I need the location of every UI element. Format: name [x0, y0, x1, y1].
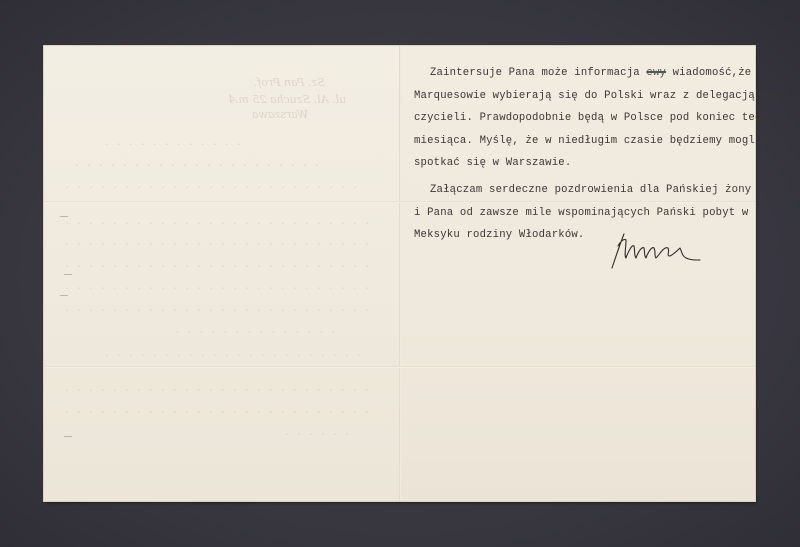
text-segment: Zaintersuje Pana może informacja [430, 67, 646, 79]
letter-line-6: Załączam serdeczne pozdrowienia dla Pańs… [414, 179, 754, 202]
letter-line-3: czycieli. Prawdopodobnie będą w Polsce p… [414, 107, 754, 130]
ghost-line: . . . . . . . . . . . . . . . . . . . . … [64, 406, 370, 417]
ghost-address-line-3: Warszawa [252, 108, 308, 121]
ghost-line: . . . . . . . . . . . . . . . . . . . . … [74, 159, 320, 170]
vertical-fold [399, 46, 401, 501]
margin-dash [64, 436, 72, 437]
ghost-address-line-1: Sz. Pan Prof. [254, 76, 325, 89]
letter-line-2: Marquesowie wybierają się do Polski wraz… [414, 85, 754, 108]
ghost-line: . . . . . . . . . . . . . . [174, 326, 336, 337]
letter-line-5: spotkać się w Warszawie. [414, 152, 754, 175]
ghost-line: . . . . . . . . . . . . . . . . . . . . … [64, 282, 370, 293]
ghost-address-line-2: ul. Al. Szucha 25 m.4 [228, 93, 346, 106]
ghost-line: . . . . . . [284, 428, 350, 439]
ghost-line: . . . . . . . . . . . . . . . . . . . . … [64, 238, 370, 249]
struck-word: ewy [646, 67, 666, 79]
margin-dash [60, 295, 68, 296]
ghost-line: . . . . . . . . . . . . . . . . . . . . … [64, 384, 370, 395]
letter-line-1: Zaintersuje Pana może informacja ewy wia… [414, 62, 754, 85]
ghost-line: . . . . . . . . . . . . . . . . . . . . … [64, 260, 370, 271]
letter-body: Zaintersuje Pana może informacja ewy wia… [414, 62, 754, 247]
ghost-line: . . . . . . . . . . . . . . . . . . . . … [64, 181, 358, 192]
left-page: Sz. Pan Prof. ul. Al. Szucha 25 m.4 Wars… [44, 46, 400, 501]
margin-dash [60, 216, 68, 217]
signature [604, 228, 714, 272]
text-segment: wiadomość,że [666, 67, 751, 79]
ghost-line: . . . . . . . . . . . . . . . . . . . . … [104, 349, 362, 360]
ghost-line: . . . . . . . . . . . . . . . . . . . . … [64, 304, 370, 315]
ghost-line: . . . . . . . . . . . . [104, 138, 242, 149]
letter-line-7: i Pana od zawsze mile wspominających Pań… [414, 202, 754, 225]
horizontal-fold-lower [44, 366, 755, 368]
letter-line-4: miesiąca. Myślę, że w niedługim czasie b… [414, 130, 754, 153]
margin-dash [64, 274, 72, 275]
ghost-line: . . . . . . . . . . . . . . . . . . . . … [64, 217, 370, 228]
